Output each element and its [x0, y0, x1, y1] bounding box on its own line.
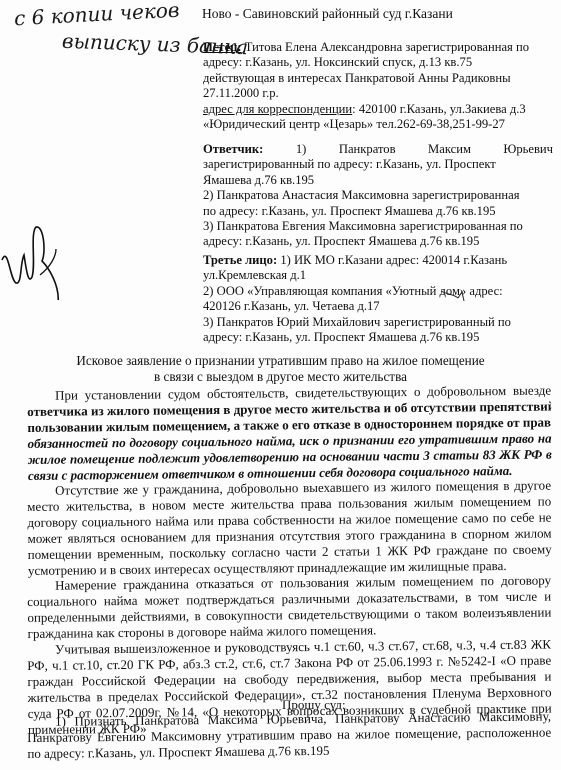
third-party-line-2: ул.Кремлевская д.1 — [203, 268, 553, 283]
defendant-block: Ответчик: 1) Панкратов Максим Юрьевич за… — [203, 142, 553, 250]
defendant-line-7: адресу: г.Казань, ул. Проспект Ямашева д… — [203, 234, 553, 249]
defendant-line-1: Ответчик: 1) Панкратов Максим Юрьевич — [203, 142, 553, 157]
scanned-document-page: с 6 копии чеков выписку из банка Ново - … — [0, 0, 561, 770]
defendant-line-5: по адресу: г.Казань, ул. Проспект Ямашев… — [203, 204, 553, 219]
corr-address-label: адрес для корреспонденции — [203, 102, 352, 116]
handwritten-note-1: с 6 копии чеков — [13, 0, 180, 30]
plaintiff-line-2: адресу: г.Казань, ул. Ноксинский спуск, … — [203, 55, 553, 70]
plaintiff-text: Титова Елена Александровна зарегистриров… — [245, 40, 529, 54]
defendant-line-3: Ямашева д.76 кв.195 — [203, 173, 553, 188]
plaintiff-corr-line-2: «Юридический центр «Цезарь» тел.262-69-3… — [203, 117, 553, 132]
third-party-block: Третье лицо: 1) ИК МО г.Казани адрес: 42… — [203, 253, 553, 345]
title-line-2: в связи с выездом в другое место жительс… — [0, 369, 561, 385]
body-paragraph-2: Отсутствие же у гражданина, добровольно … — [27, 478, 552, 579]
defendant-line-6: 3) Панкратова Евгения Максимовна зарегис… — [203, 219, 553, 234]
plaintiff-line-3: действующая в интересах Панкратовой Анны… — [203, 71, 553, 86]
third-party-label: Третье лицо: — [203, 253, 277, 267]
signature-scribble-icon — [0, 205, 70, 300]
defendant-line-4: 2) Панкратова Анастасия Максимовна зарег… — [203, 188, 553, 203]
body-paragraph-1: При установлении судом обстоятельств, св… — [27, 383, 552, 484]
third-party-line-6: адресу: г.Казань, ул. Проспект Ямашева д… — [203, 330, 553, 345]
title-line-1: Исковое заявление о признании утратившим… — [0, 353, 561, 369]
plaintiff-label: Истец: — [203, 40, 242, 54]
request-item-1: 1) Признать Панкратова Максима Юрьевича,… — [27, 709, 551, 762]
third-party-line-3: 2) ООО «Управляющая компания «Уютный дом… — [203, 284, 553, 299]
third-party-text: 1) ИК МО г.Казани адрес: 420014 г.Казань — [277, 253, 507, 267]
third-party-line-5: 3) Панкратов Юрий Михайлович зарегистрир… — [203, 315, 553, 330]
plaintiff-block: Истец: Титова Елена Александровна зареги… — [203, 40, 553, 132]
defendant-line-2: зарегистрированный по адресу: г.Казань, … — [203, 157, 553, 172]
third-party-line-1: Третье лицо: 1) ИК МО г.Казани адрес: 42… — [203, 253, 553, 268]
plaintiff-line-1: Истец: Титова Елена Александровна зареги… — [203, 40, 553, 55]
third-party-line-4: 420126 г.Казань, ул. Четаева д.17 — [203, 299, 553, 314]
document-title: Исковое заявление о признании утратившим… — [0, 353, 561, 384]
court-name: Ново - Савиновский районный суд г.Казани — [202, 6, 453, 22]
body-paragraph-3: Намерение гражданина отказаться от польз… — [27, 573, 552, 642]
corr-address-value: : 420100 г.Казань, ул.Закиева д.3 — [352, 102, 526, 116]
defendant-label: Ответчик: — [203, 142, 263, 156]
defendant-text: 1) Панкратов Максим Юрьевич — [296, 142, 553, 156]
plaintiff-corr-line: адрес для корреспонденции: 420100 г.Каза… — [203, 102, 553, 117]
plaintiff-line-4: 27.11.2000 г.р. — [203, 86, 553, 101]
